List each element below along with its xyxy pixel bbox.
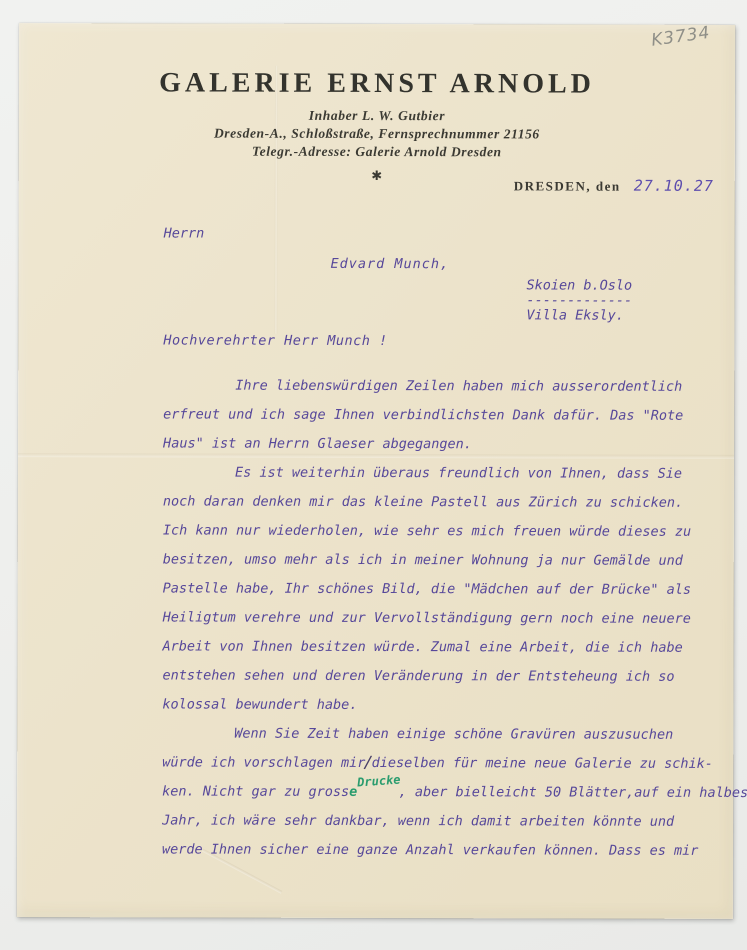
body-line: Wenn Sie Zeit haben einige schöne Gravür…: [162, 719, 722, 749]
handwritten-correction-word: Drucke: [356, 766, 401, 798]
letterhead-street-phone: Dresden-A., Schloßstraße, Fernsprechnumm…: [19, 124, 735, 143]
body-line-with-insertion-mark: würde ich vorschlagen mir/dieselben für …: [162, 748, 722, 778]
body-line: Ich kann nur wiederholen, wie sehr es mi…: [163, 516, 723, 546]
recipient-salutation: Herrn: [164, 225, 205, 241]
archive-number-pencil: K3734: [650, 23, 712, 51]
recipient-name: Edvard Munch,: [331, 256, 450, 272]
body-line: Jahr, ich wäre sehr dankbar, wenn ich da…: [162, 806, 722, 836]
body-line: entstehen sehen und deren Veränderung in…: [162, 661, 722, 691]
photograph-background: K3734 GALERIE ERNST ARNOLD Inhaber L. W.…: [0, 0, 747, 950]
body-text: würde ich vorschlagen mir: [162, 754, 365, 771]
body-line: Pastelle habe, Ihr schönes Bild, die "Mä…: [163, 574, 723, 604]
body-line-with-green-correction: ken. Nicht gar zu grosseDrucke, aber bie…: [162, 777, 722, 807]
letter-paper: K3734 GALERIE ERNST ARNOLD Inhaber L. W.…: [17, 23, 735, 919]
dateline-place: DRESDEN, den: [514, 178, 621, 193]
body-line: erfreut und ich sage Ihnen verbindlichst…: [163, 400, 723, 430]
body-line: Arbeit von Ihnen besitzen würde. Zumal e…: [163, 632, 723, 662]
letterhead-telegram-address: Telegr.-Adresse: Galerie Arnold Dresden: [19, 142, 735, 161]
body-line: Haus" ist an Herrn Glaeser abgegangen.: [163, 429, 723, 459]
body-text: ken. Nicht gar zu gross: [162, 783, 349, 799]
handwritten-correction-letter: e: [349, 784, 357, 800]
letterhead: GALERIE ERNST ARNOLD Inhaber L. W. Gutbi…: [19, 67, 735, 185]
recipient-villa: Villa Eksly.: [526, 308, 632, 323]
body-text: dieselben für meine neue Galerie zu schi…: [372, 755, 713, 772]
body-line: Heiligtum verehre und zur Vervollständig…: [163, 603, 723, 633]
recipient-city: Skoien b.Oslo: [526, 278, 632, 293]
letterhead-owner: Inhaber L. W. Gutbier: [19, 106, 735, 125]
body-line: besitzen, umso mehr als ich in meiner Wo…: [163, 545, 723, 575]
letter-body: Ihre liebenswürdigen Zeilen haben mich a…: [162, 371, 723, 865]
body-line: Es ist weiterhin überaus freundlich von …: [163, 458, 723, 488]
dateline-date: 27.10.27: [634, 177, 714, 195]
body-line: noch daran denken mir das kleine Pastell…: [163, 487, 723, 517]
address-underline-dashes: -------------: [526, 293, 632, 308]
body-line: kolossal bewundert habe.: [162, 690, 722, 720]
body-text: , aber bielleicht 50 Blätter,auf ein hal…: [399, 784, 747, 801]
body-line: werde Ihnen sicher eine ganze Anzahl ver…: [162, 835, 722, 865]
greeting-line: Hochverehrter Herr Munch !: [163, 332, 387, 349]
gallery-name: GALERIE ERNST ARNOLD: [19, 67, 735, 101]
recipient-address-block: Skoien b.Oslo ------------- Villa Eksly.: [526, 278, 632, 323]
dateline: DRESDEN, den 27.10.27: [514, 175, 714, 195]
body-line: Ihre liebenswürdigen Zeilen haben mich a…: [163, 371, 723, 401]
